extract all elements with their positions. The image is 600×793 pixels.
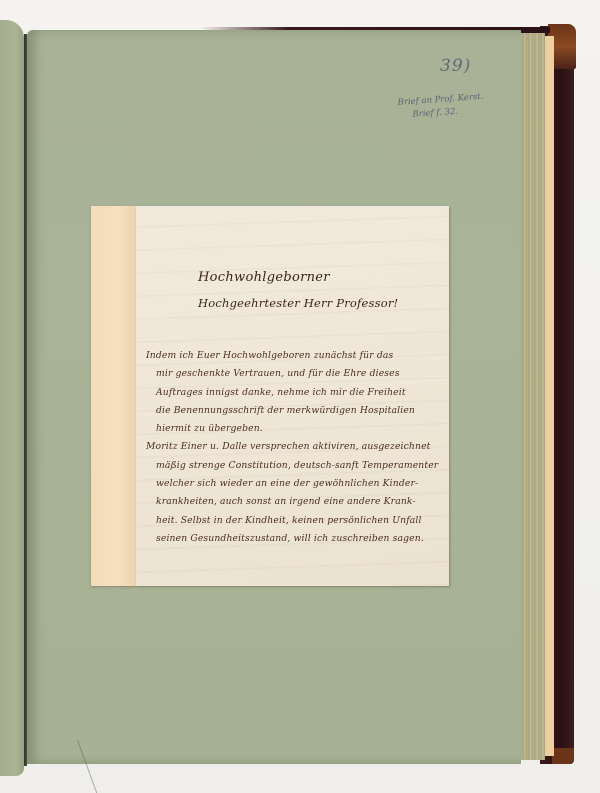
letter-line: hiermit zu übergeben. [146,420,446,438]
archive-page-number: 39) [440,56,471,76]
letter-line: mir geschenkte Vertrauen, und für die Eh… [146,365,446,383]
page-corner-fold [77,740,128,793]
letter-line: heit. Selbst in der Kindheit, keinen per… [146,512,446,530]
photo-scene: 39) Brief an Prof. Kerst. Brief f. 32. H… [0,0,600,793]
left-album-page [0,20,24,776]
letter-line: die Benennungsschrift der merkwürdigen H… [146,402,446,420]
handwritten-letter: Hochwohlgeborner Hochgeehrtester Herr Pr… [136,206,449,586]
letter-line: Auftrages innigst danke, nehme ich mir d… [146,384,446,402]
cover-worn-corner-bottom [552,748,574,764]
letter-line: Indem ich Euer Hochwohlgeboren zunächst … [146,347,446,365]
salutation-line-2: Hochgeehrtester Herr Professor! [198,296,398,310]
letter-line: welcher sich wieder an eine der gewöhnli… [146,475,446,493]
letter-line: Moritz Einer u. Dalle versprechen aktivi… [146,438,446,456]
letter-line: krankheiten, auch sonst an irgend eine a… [146,493,446,511]
letter-body: Indem ich Euer Hochwohlgeboren zunächst … [146,347,446,548]
letter-line: seinen Gesundheitszustand, will ich zusc… [146,530,446,548]
mounting-strip [91,206,136,586]
letter-line: mäßig strenge Constitution, deutsch-sanf… [146,457,446,475]
salutation-line-1: Hochwohlgeborner [198,270,330,285]
page-cream-edge [545,36,554,756]
